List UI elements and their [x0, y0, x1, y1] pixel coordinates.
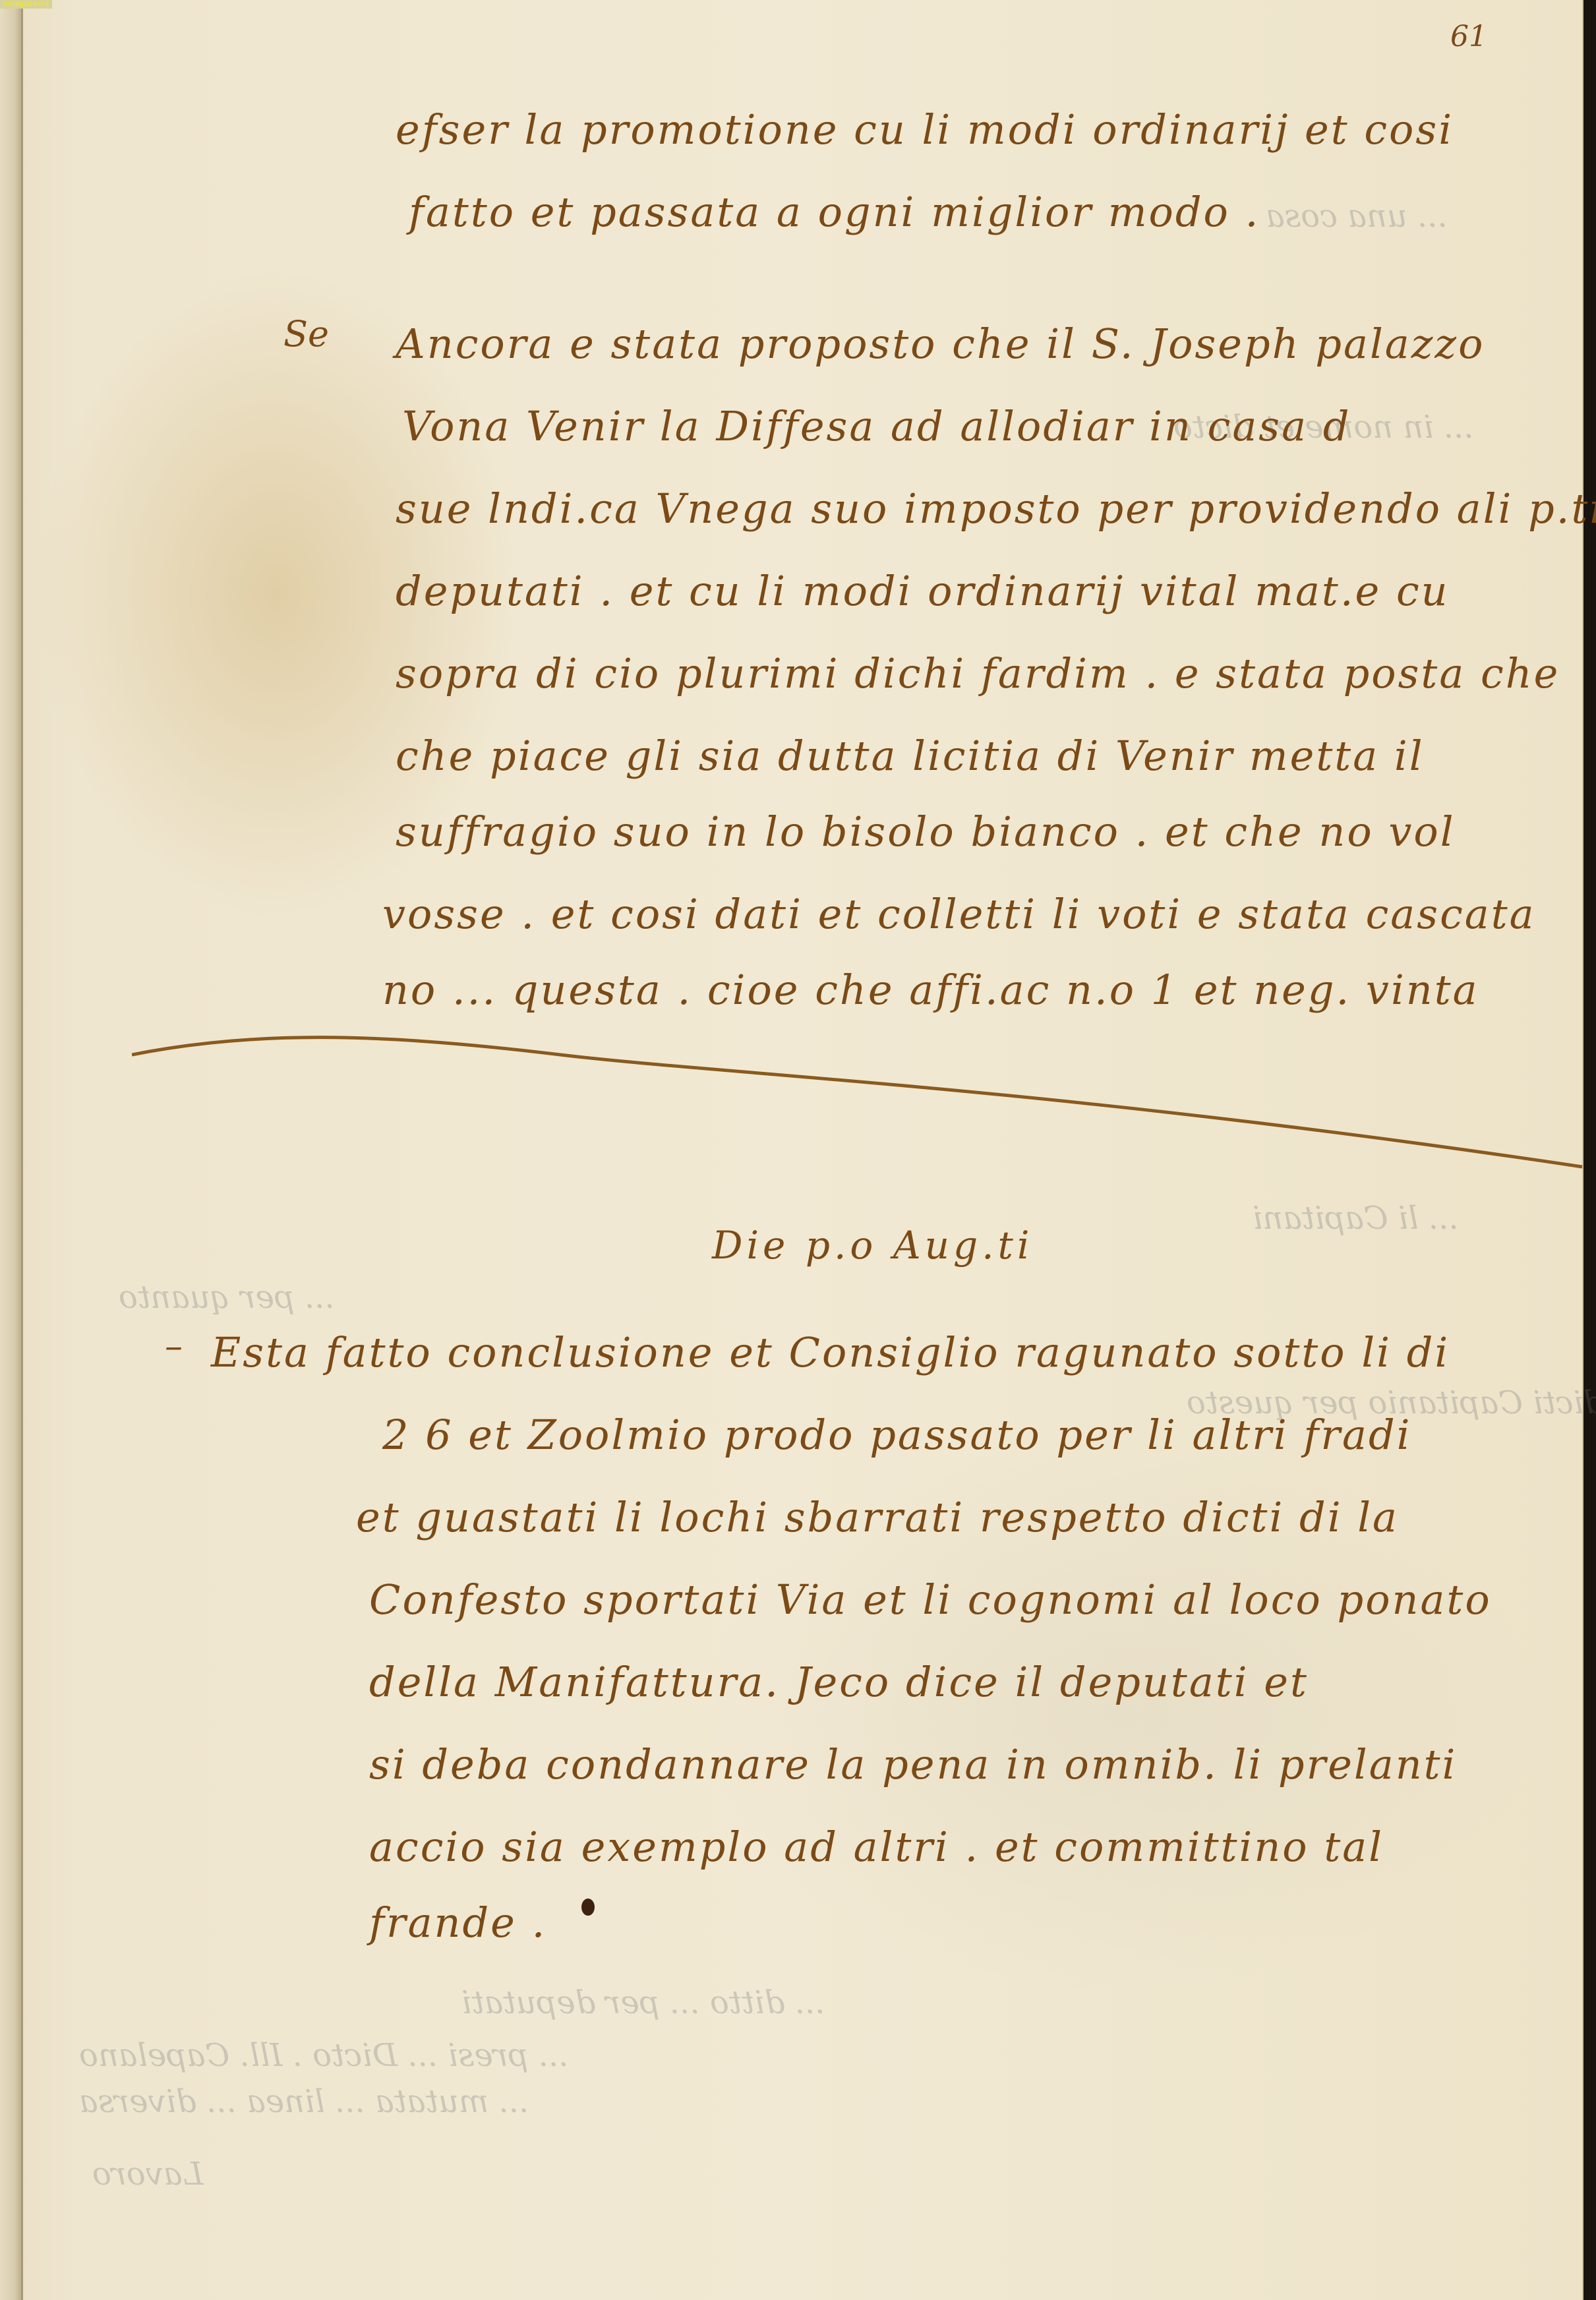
bleed-through-line: ... mutata ... linea ... diversa [79, 2083, 529, 2120]
manuscript-line: Confesto sportati Via et li cognomi al l… [369, 1576, 1492, 1624]
manuscript-line: deputati . et cu li modi ordinarij vital… [396, 567, 1450, 615]
manuscript-line: si deba condannare la pena in omnib. li … [369, 1740, 1457, 1788]
manuscript-line: no ... questa . cioe che affi.ac n.o 1 e… [382, 966, 1479, 1014]
margin-mark: Se [283, 313, 329, 355]
manuscript-line: 2 6 et Zoolmio prodo passato per li altr… [382, 1411, 1411, 1459]
folio-number: 61 [1450, 20, 1487, 53]
manuscript-line: fatto et passata a ogni miglior modo . [409, 188, 1260, 236]
manuscript-line: Esta fatto conclusione et Consiglio ragu… [211, 1328, 1450, 1376]
bleed-through-line: Lavoro [92, 2156, 203, 2193]
manuscript-line: della Manifattura. Jeco dice il deputati… [369, 1658, 1309, 1706]
manuscript-line: frande . [369, 1899, 547, 1947]
manuscript-page: Unregistered 61 ... una cosa ... in nome… [0, 0, 1583, 2300]
manuscript-line: Ancora e stata proposto che il S. Joseph… [396, 320, 1485, 368]
manuscript-line: vosse . et cosi dati et colletti li voti… [382, 890, 1536, 938]
bleed-through-line: ... li Capitani [1253, 1200, 1459, 1237]
page-binding-edge [0, 0, 23, 2300]
divider-stroke [132, 1015, 1595, 1173]
bleed-through-line: ... una cosa [1266, 198, 1448, 235]
bleed-through-line: ... ditto ... per deputati [461, 1984, 825, 2021]
bleed-through-line: ... per quanto [119, 1279, 335, 1316]
manuscript-line: Vona Venir la Diffesa ad allodiar in cas… [402, 402, 1351, 450]
ink-blot [581, 1899, 595, 1916]
margin-mark: – [165, 1325, 183, 1367]
manuscript-line: accio sia exemplo ad altri . et committi… [369, 1823, 1384, 1871]
manuscript-line: et guastati li lochi sbarrati respetto d… [356, 1493, 1399, 1541]
manuscript-line: sue lndi.ca Vnega suo imposto per provid… [396, 485, 1596, 533]
manuscript-line: che piace gli sia dutta licitia di Venir… [396, 732, 1425, 780]
manuscript-line: sopra di cio plurimi dichi fardim . e st… [396, 649, 1560, 697]
manuscript-line: efser la promotione cu li modi ordinarij… [396, 105, 1454, 154]
bleed-through-line: ... presi ... Dicto . Ill. Capelano [79, 2037, 569, 2074]
unregistered-watermark: Unregistered [0, 0, 52, 9]
manuscript-line: suffragio suo in lo bisolo bianco . et c… [396, 808, 1456, 856]
section-heading-date: Die p.o Aug.ti [712, 1223, 1033, 1268]
